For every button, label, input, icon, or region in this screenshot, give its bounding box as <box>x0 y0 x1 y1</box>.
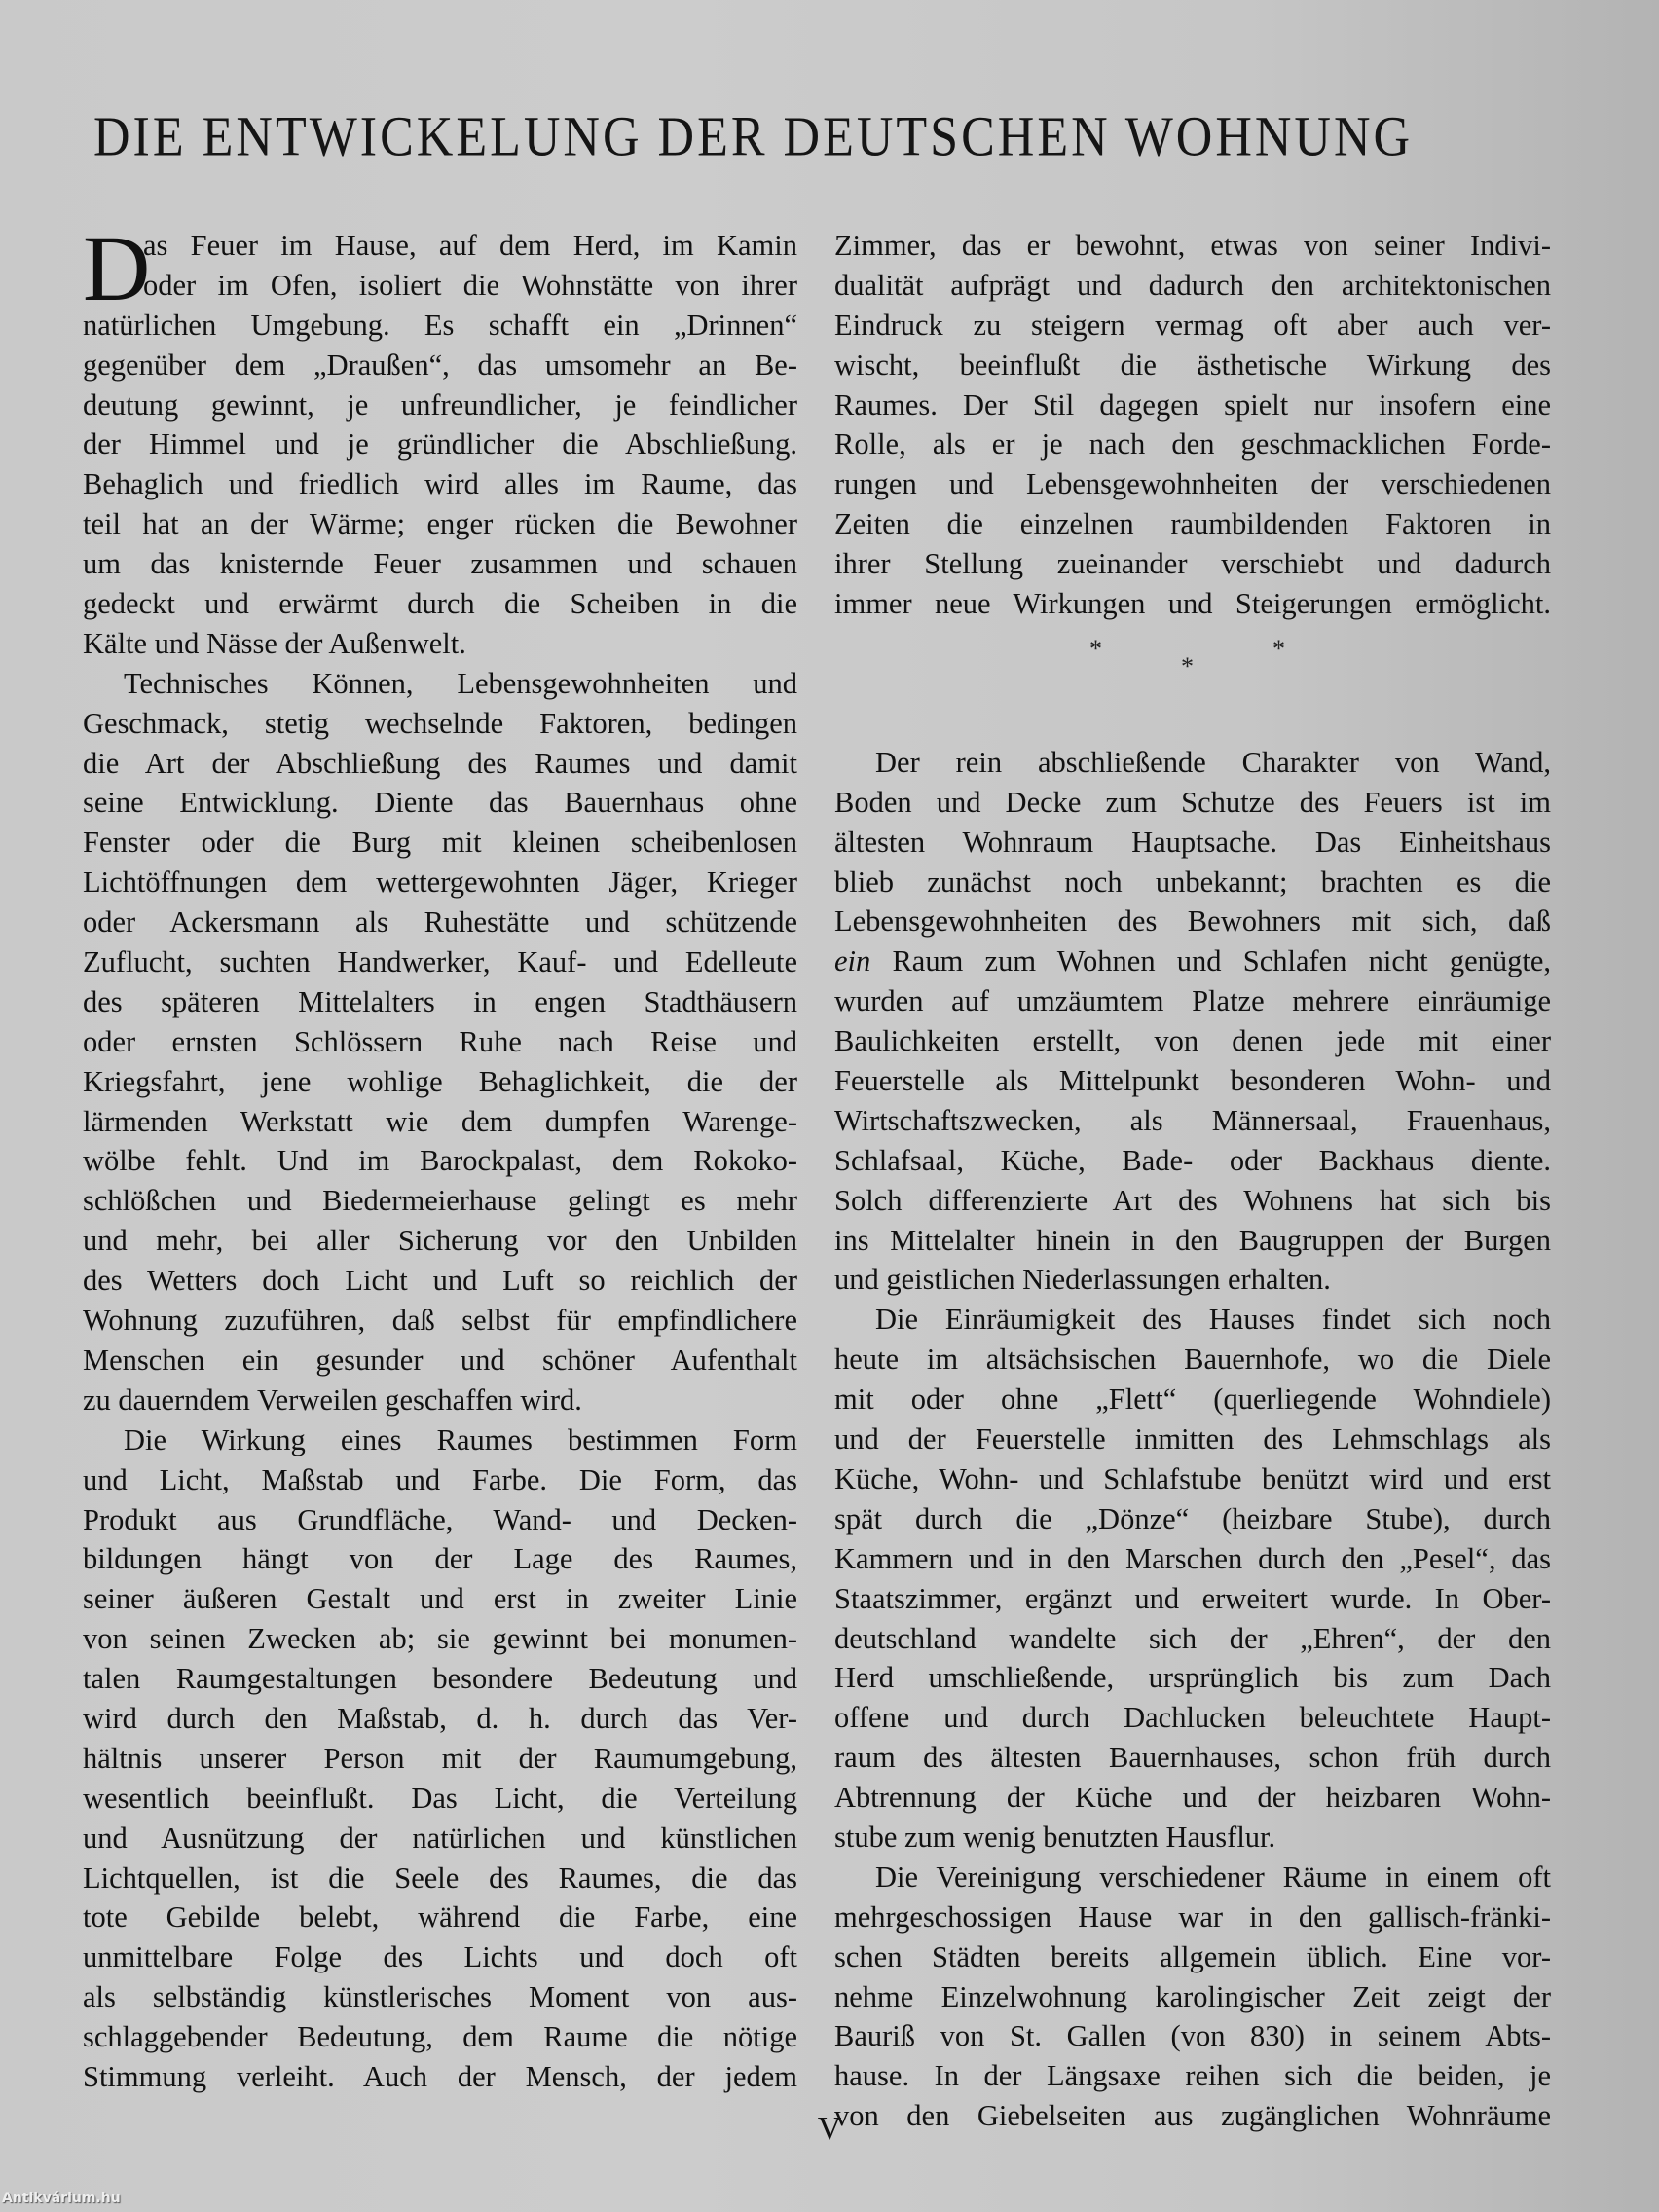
text-line: seine Entwicklung. Diente das Bauernhaus… <box>83 783 797 823</box>
text-line: Stimmung verleiht. Auch der Mensch, der … <box>83 2057 797 2097</box>
text-line: Zimmer, das er bewohnt, etwas von seiner… <box>834 226 1551 266</box>
page-title: DIE ENTWICKELUNG DER DEUTSCHEN WOHNUNG <box>93 105 1554 169</box>
text-line: ins Mittelalter hinein in den Baugruppen… <box>834 1221 1551 1261</box>
text-line: gegenüber dem „Draußen“, das umsomehr an… <box>83 346 797 386</box>
text-line: as Feuer im Hause, auf dem Herd, im Kami… <box>83 226 797 266</box>
text-line: hause. In der Längsaxe reihen sich die b… <box>834 2056 1551 2096</box>
text-line: Behaglich und friedlich wird alles im Ra… <box>83 464 797 504</box>
text-line: Feuerstelle als Mittelpunkt besonderen W… <box>834 1061 1551 1101</box>
text-line: Raumes. Der Stil dagegen spielt nur inso… <box>834 386 1551 425</box>
text-line: und Ausnützung der natürlichen und künst… <box>83 1819 797 1859</box>
drop-cap: D <box>83 232 150 306</box>
text-line: unmittelbare Folge des Lichts und doch o… <box>83 1937 797 1977</box>
text-line: Zeiten die einzelnen raumbildenden Fakto… <box>834 504 1551 544</box>
text-line: Eindruck zu steigern vermag oft aber auc… <box>834 306 1551 346</box>
text-line: heute im altsächsischen Bauernhofe, wo d… <box>834 1340 1551 1380</box>
text-line: mit oder ohne „Flett“ (querliegende Wohn… <box>834 1380 1551 1419</box>
text-line: dualität aufprägt und dadurch den archit… <box>834 266 1551 306</box>
text-line: um das knisternde Feuer zusammen und sch… <box>83 544 797 584</box>
asterisk-icon: * <box>1089 630 1102 670</box>
text-line: bildungen hängt von der Lage des Raumes, <box>83 1539 797 1579</box>
text-line: Zuflucht, suchten Handwerker, Kauf- und … <box>83 942 797 982</box>
text-line: natürlichen Umgebung. Es schafft ein „Dr… <box>83 306 797 346</box>
text-line: wesentlich beeinflußt. Das Licht, die Ve… <box>83 1779 797 1819</box>
text-line-with-emphasis: ein Raum zum Wohnen und Schlafen nicht g… <box>834 941 1551 981</box>
watermark: Antikvárium.hu <box>2 2191 121 2206</box>
text-line: des späteren Mittelalters in engen Stadt… <box>83 982 797 1022</box>
text-line: Küche, Wohn- und Schlafstube benützt wir… <box>834 1459 1551 1499</box>
first-paragraph-opening: D as Feuer im Hause, auf dem Herd, im Ka… <box>83 226 797 306</box>
book-page: DIE ENTWICKELUNG DER DEUTSCHEN WOHNUNG D… <box>0 0 1659 2212</box>
text-line: Menschen ein gesunder und schöner Aufent… <box>83 1341 797 1381</box>
text-line: Produkt aus Grundfläche, Wand- und Decke… <box>83 1500 797 1540</box>
text-line: Bauriß von St. Gallen (von 830) in seine… <box>834 2016 1551 2056</box>
text-line: ältesten Wohnraum Hauptsache. Das Einhei… <box>834 823 1551 863</box>
text-line: gedeckt und erwärmt durch die Scheiben i… <box>83 584 797 624</box>
text-line: oder im Ofen, isoliert die Wohnstätte vo… <box>83 266 797 306</box>
text-line: der Himmel und je gründlicher die Abschl… <box>83 424 797 464</box>
asterisk-icon: * <box>1272 630 1285 670</box>
text-line: Solch differenzierte Art des Wohnens hat… <box>834 1181 1551 1221</box>
text-line: und der Feuerstelle inmitten des Lehmsch… <box>834 1419 1551 1459</box>
text-line: hältnis unserer Person mit der Raumumgeb… <box>83 1739 797 1779</box>
text-line: und mehr, bei aller Sicherung vor den Un… <box>83 1221 797 1261</box>
text-line: Kälte und Nässe der Außenwelt. <box>83 624 797 664</box>
asterisk-icon: * <box>1181 647 1194 687</box>
text-line: deutung gewinnt, je unfreundlicher, je f… <box>83 386 797 425</box>
text-line: immer neue Wirkungen und Steigerungen er… <box>834 584 1551 624</box>
text-line: Geschmack, stetig wechselnde Faktoren, b… <box>83 704 797 744</box>
text-line: nehme Einzelwohnung karolingischer Zeit … <box>834 1977 1551 2017</box>
text-line: blieb zunächst noch unbekannt; brachten … <box>834 863 1551 903</box>
paragraph-start-line: Die Vereinigung verschiedener Räume in e… <box>834 1858 1551 1898</box>
text-line: oder ernsten Schlössern Ruhe nach Reise … <box>83 1022 797 1062</box>
text-line-rest: Raum zum Wohnen und Schlafen nicht genüg… <box>870 944 1551 977</box>
text-line: wird durch den Maßstab, d. h. durch das … <box>83 1699 797 1739</box>
text-line: Lichtquellen, ist die Seele des Raumes, … <box>83 1859 797 1899</box>
text-line: lärmenden Werkstatt wie dem dumpfen Ware… <box>83 1102 797 1142</box>
page-number: V <box>0 2111 1659 2148</box>
text-line: deutschland wandelte sich der „Ehren“, d… <box>834 1619 1551 1659</box>
text-line: Lichtöffnungen dem wettergewohnten Jäger… <box>83 863 797 903</box>
text-line: und geistlichen Niederlassungen erhalten… <box>834 1260 1551 1300</box>
text-line: Lebensgewohnheiten des Bewohners mit sic… <box>834 902 1551 941</box>
text-line: wurden auf umzäumtem Platze mehrere einr… <box>834 981 1551 1021</box>
text-line: talen Raumgestaltungen besondere Bedeutu… <box>83 1659 797 1699</box>
text-line: Herd umschließende, ursprünglich bis zum… <box>834 1658 1551 1698</box>
text-line: Baulichkeiten erstellt, von denen jede m… <box>834 1021 1551 1061</box>
text-line: Fenster oder die Burg mit kleinen scheib… <box>83 823 797 863</box>
text-line: Wirtschaftszwecken, als Männersaal, Frau… <box>834 1101 1551 1141</box>
text-line: seiner äußeren Gestalt und erst in zweit… <box>83 1579 797 1619</box>
text-line: als selbständig künstlerisches Moment vo… <box>83 1977 797 2017</box>
text-line: offene und durch Dachlucken beleuchtete … <box>834 1698 1551 1738</box>
paragraph-start-line: Technisches Können, Lebensgewohnheiten u… <box>83 664 797 704</box>
paragraph-start-line: Der rein abschließende Charakter von Wan… <box>834 743 1551 783</box>
text-line: schen Städten bereits allgemein üblich. … <box>834 1937 1551 1977</box>
text-line: und Licht, Maßstab und Farbe. Die Form, … <box>83 1460 797 1500</box>
text-line: Wohnung zuzuführen, daß selbst für empfi… <box>83 1301 797 1341</box>
paragraph-start-line: Die Einräumigkeit des Hauses findet sich… <box>834 1300 1551 1340</box>
text-line: Abtrennung der Küche und der heizbaren W… <box>834 1778 1551 1818</box>
text-line: wölbe fehlt. Und im Barockpalast, dem Ro… <box>83 1141 797 1181</box>
text-line: schlößchen und Biedermeierhause gelingt … <box>83 1181 797 1221</box>
right-column: Zimmer, das er bewohnt, etwas von seiner… <box>834 226 1551 2136</box>
text-line: raum des ältesten Bauernhauses, schon fr… <box>834 1738 1551 1778</box>
text-line: Schlafsaal, Küche, Bade- oder Backhaus d… <box>834 1141 1551 1181</box>
emphasized-word: ein <box>834 944 870 977</box>
text-line: wischt, beeinflußt die ästhetische Wirku… <box>834 346 1551 386</box>
text-line: tote Gebilde belebt, während die Farbe, … <box>83 1898 797 1937</box>
text-line: Boden und Decke zum Schutze des Feuers i… <box>834 783 1551 823</box>
text-line: des Wetters doch Licht und Luft so reich… <box>83 1261 797 1301</box>
left-column: D as Feuer im Hause, auf dem Herd, im Ka… <box>83 226 797 2097</box>
text-line: Kriegsfahrt, jene wohlige Behaglichkeit,… <box>83 1062 797 1102</box>
text-line: spät durch die „Dönze“ (heizbare Stube),… <box>834 1499 1551 1539</box>
text-line: zu dauerndem Verweilen geschaffen wird. <box>83 1381 797 1420</box>
text-line: die Art der Abschließung des Raumes und … <box>83 744 797 784</box>
text-line: teil hat an der Wärme; enger rücken die … <box>83 504 797 544</box>
section-break-asterisks: * * * <box>834 624 1551 743</box>
text-line: ihrer Stellung zueinander verschiebt und… <box>834 544 1551 584</box>
paragraph-start-line: Die Wirkung eines Raumes bestimmen Form <box>83 1420 797 1460</box>
text-line: Staatszimmer, ergänzt und erweitert wurd… <box>834 1579 1551 1619</box>
text-line: stube zum wenig benutzten Hausflur. <box>834 1818 1551 1858</box>
text-line: mehrgeschossigen Hause war in den gallis… <box>834 1898 1551 1937</box>
text-line: schlaggebender Bedeutung, dem Raume die … <box>83 2017 797 2057</box>
text-line: von seinen Zwecken ab; sie gewinnt bei m… <box>83 1619 797 1659</box>
text-line: Kammern und in den Marschen durch den „P… <box>834 1539 1551 1579</box>
text-line: rungen und Lebensgewohnheiten der versch… <box>834 464 1551 504</box>
text-line: Rolle, als er je nach den geschmackliche… <box>834 424 1551 464</box>
text-line: oder Ackersmann als Ruhestätte und schüt… <box>83 903 797 942</box>
